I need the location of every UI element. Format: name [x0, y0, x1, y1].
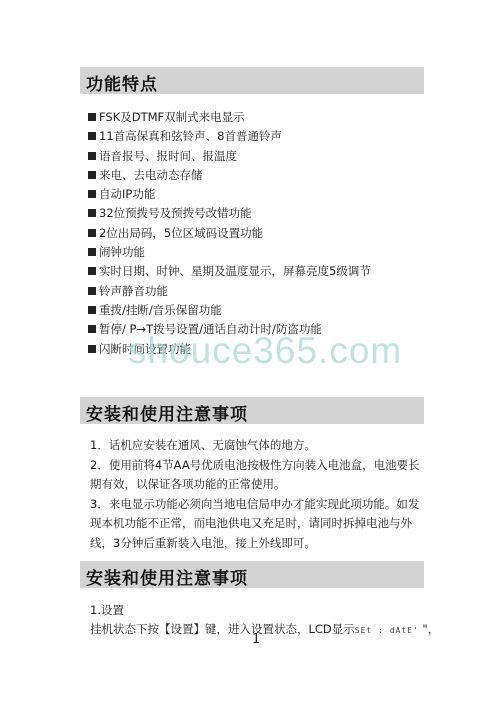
- list-item: 实时日期、时钟、星期及温度显示，屏幕亮度5级调节: [88, 262, 428, 281]
- section-header-features: 功能特点: [80, 67, 424, 94]
- list-item: 闹钟功能: [88, 243, 428, 262]
- square-bullet-icon: [88, 132, 96, 140]
- square-bullet-icon: [88, 113, 96, 121]
- list-item: 重拨/挂断/音乐保留功能: [88, 301, 428, 320]
- lcd-display-text: SEt : dAtE': [355, 626, 419, 635]
- square-bullet-icon: [88, 325, 96, 333]
- square-bullet-icon: [88, 345, 96, 353]
- list-item: 语音报号、报时间、报温度: [88, 147, 428, 166]
- section-title: 功能特点: [86, 70, 158, 95]
- list-item: 自动IP功能: [88, 185, 428, 204]
- page-number: 1: [252, 632, 260, 647]
- list-item: 来电、去电动态存储: [88, 166, 428, 185]
- note-paragraph: 1．话机应安装在通风、无腐蚀气体的地方。: [90, 436, 426, 456]
- note-paragraph: 3．来电显示功能必须向当地电信局申办才能实现此项功能。如发现本机功能不正常，而电…: [90, 495, 426, 554]
- list-item: 铃声静音功能: [88, 282, 428, 301]
- square-bullet-icon: [88, 248, 96, 256]
- list-item: 2位出局码，5位区域码设置功能: [88, 224, 428, 243]
- setup-subheading: 1.设置: [90, 601, 430, 620]
- feature-list: FSK及DTMF双制式来电显示 11首高保真和弦铃声、8首普通铃声 语音报号、报…: [88, 108, 428, 359]
- square-bullet-icon: [88, 209, 96, 217]
- section-title: 安装和使用注意事项: [86, 400, 248, 425]
- installation-notes: 1．话机应安装在通风、无腐蚀气体的地方。 2．使用前将4节AA号优质电池按极性方…: [90, 436, 426, 553]
- section-title: 安装和使用注意事项: [86, 564, 248, 589]
- note-paragraph: 2．使用前将4节AA号优质电池按极性方向装入电池盒，电池要长期有效，以保证各项功…: [90, 456, 426, 495]
- list-item: 32位预拨号及预拨号改错功能: [88, 204, 428, 223]
- section-header-usage: 安装和使用注意事项: [80, 561, 424, 588]
- square-bullet-icon: [88, 152, 96, 160]
- section-header-installation: 安装和使用注意事项: [80, 397, 424, 424]
- list-item: 11首高保真和弦铃声、8首普通铃声: [88, 127, 428, 146]
- document-page: 功能特点 FSK及DTMF双制式来电显示 11首高保真和弦铃声、8首普通铃声 语…: [0, 0, 500, 707]
- square-bullet-icon: [88, 306, 96, 314]
- square-bullet-icon: [88, 287, 96, 295]
- square-bullet-icon: [88, 229, 96, 237]
- square-bullet-icon: [88, 267, 96, 275]
- square-bullet-icon: [88, 190, 96, 198]
- list-item: FSK及DTMF双制式来电显示: [88, 108, 428, 127]
- watermark: shouce365.com: [128, 330, 402, 372]
- square-bullet-icon: [88, 171, 96, 179]
